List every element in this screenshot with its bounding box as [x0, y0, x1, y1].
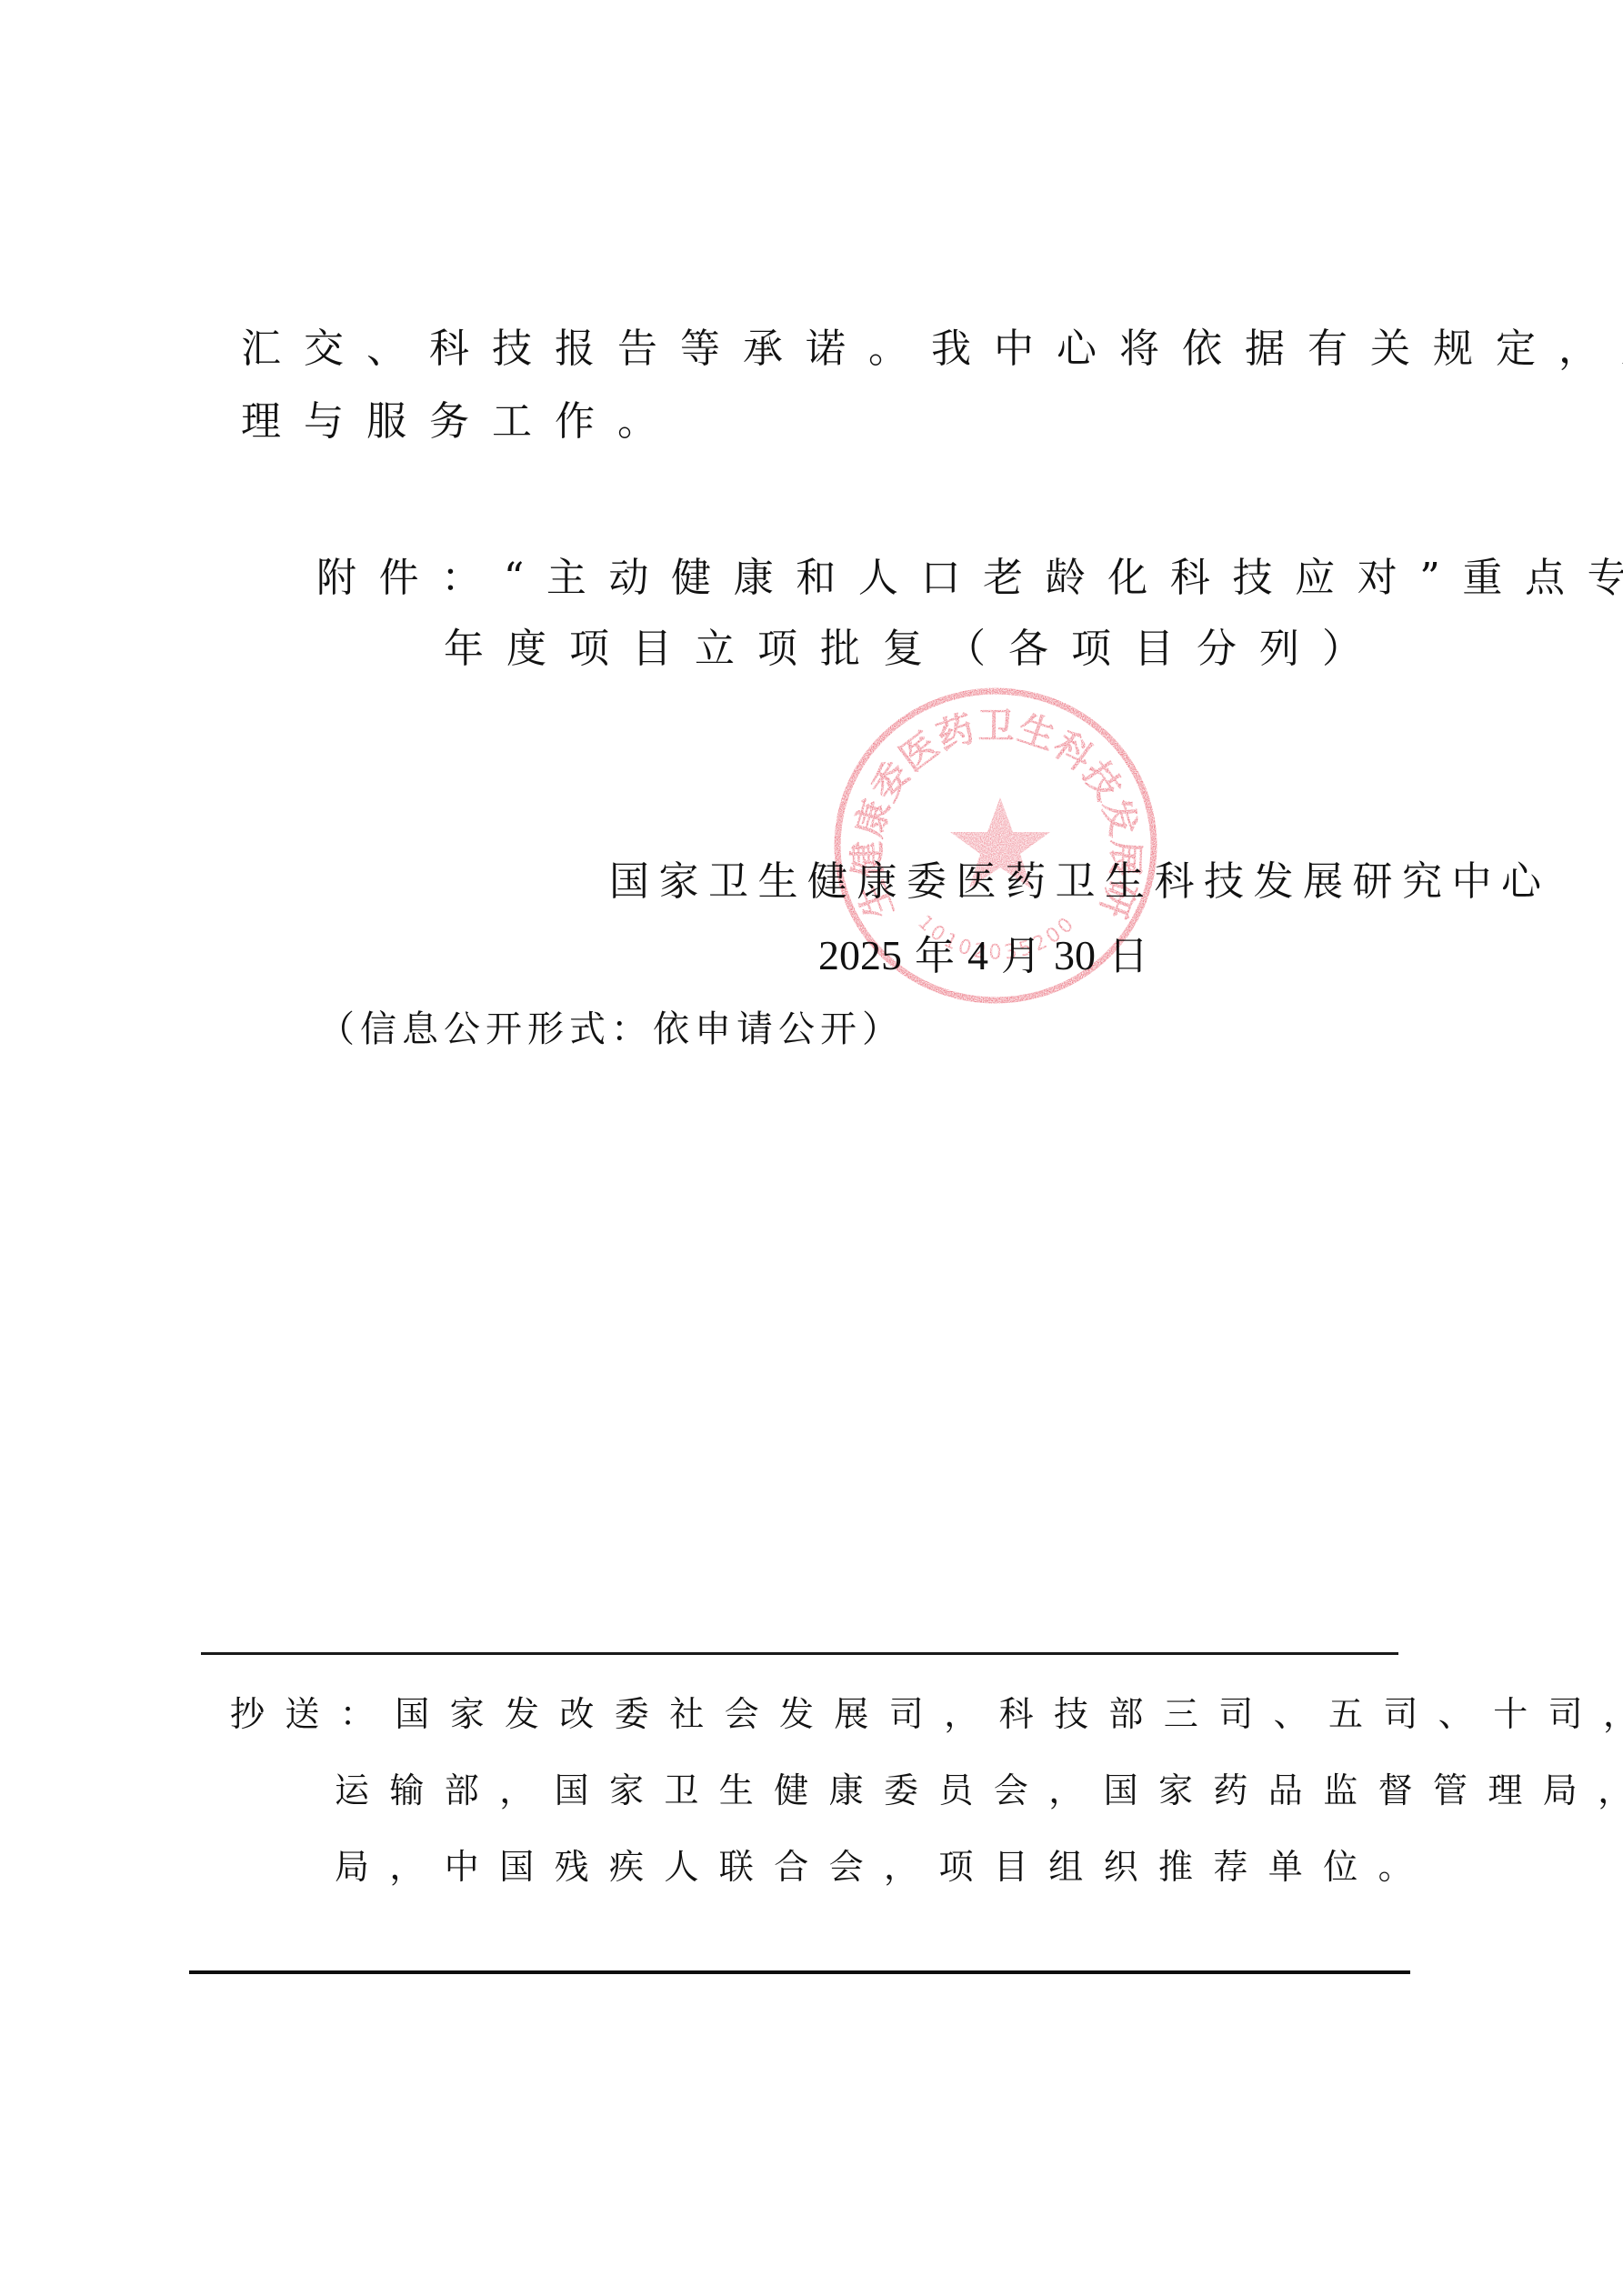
attachment-line-2: 年度项目立项批复（各项目分列） — [444, 629, 1385, 669]
cc-line-3: 局，中国残疾人联合会，项目组织推荐单位。 — [335, 1850, 1433, 1884]
attachment-label: 附件： — [316, 555, 504, 601]
cc-bottom-divider — [189, 1970, 1410, 1974]
document-page: 汇交、科技报告等承诺。我中心将依据有关规定，对项目开展管 理与服务工作。 附件：… — [0, 0, 1623, 2296]
cc-line-1: 抄送：国家发改委社会发展司，科技部三司、五司、十司，教育部，交通 — [230, 1697, 1623, 1731]
attachment-title: “主动健康和人口老龄化科技应对”重点专项 — [504, 555, 1623, 601]
attachment-line-1: 附件：“主动健康和人口老龄化科技应对”重点专项2024 — [316, 556, 1623, 598]
body-paragraph-line-2: 理与服务工作。 — [241, 402, 680, 442]
date-month: 4 — [967, 932, 988, 978]
date-day-unit: 日 — [1108, 933, 1148, 979]
cc-line-2: 运输部，国家卫生健康委员会，国家药品监督管理局，国家体育总 — [335, 1773, 1623, 1808]
date-year-unit: 年 — [915, 933, 955, 979]
signature-date: 2025年4月30日 — [818, 935, 1148, 977]
disclosure-note: （信息公开形式：依申请公开） — [318, 1011, 904, 1048]
signature-organization: 国家卫生健康委医药卫生科技发展研究中心 — [609, 862, 1551, 902]
cc-top-divider — [201, 1652, 1398, 1655]
seal-code: 1101020352003 — [832, 687, 1081, 965]
date-day: 30 — [1054, 932, 1096, 978]
body-paragraph-line-1: 汇交、科技报告等承诺。我中心将依据有关规定，对项目开展管 — [241, 329, 1623, 369]
date-month-unit: 月 — [1001, 933, 1041, 979]
date-year: 2025 — [818, 932, 902, 978]
